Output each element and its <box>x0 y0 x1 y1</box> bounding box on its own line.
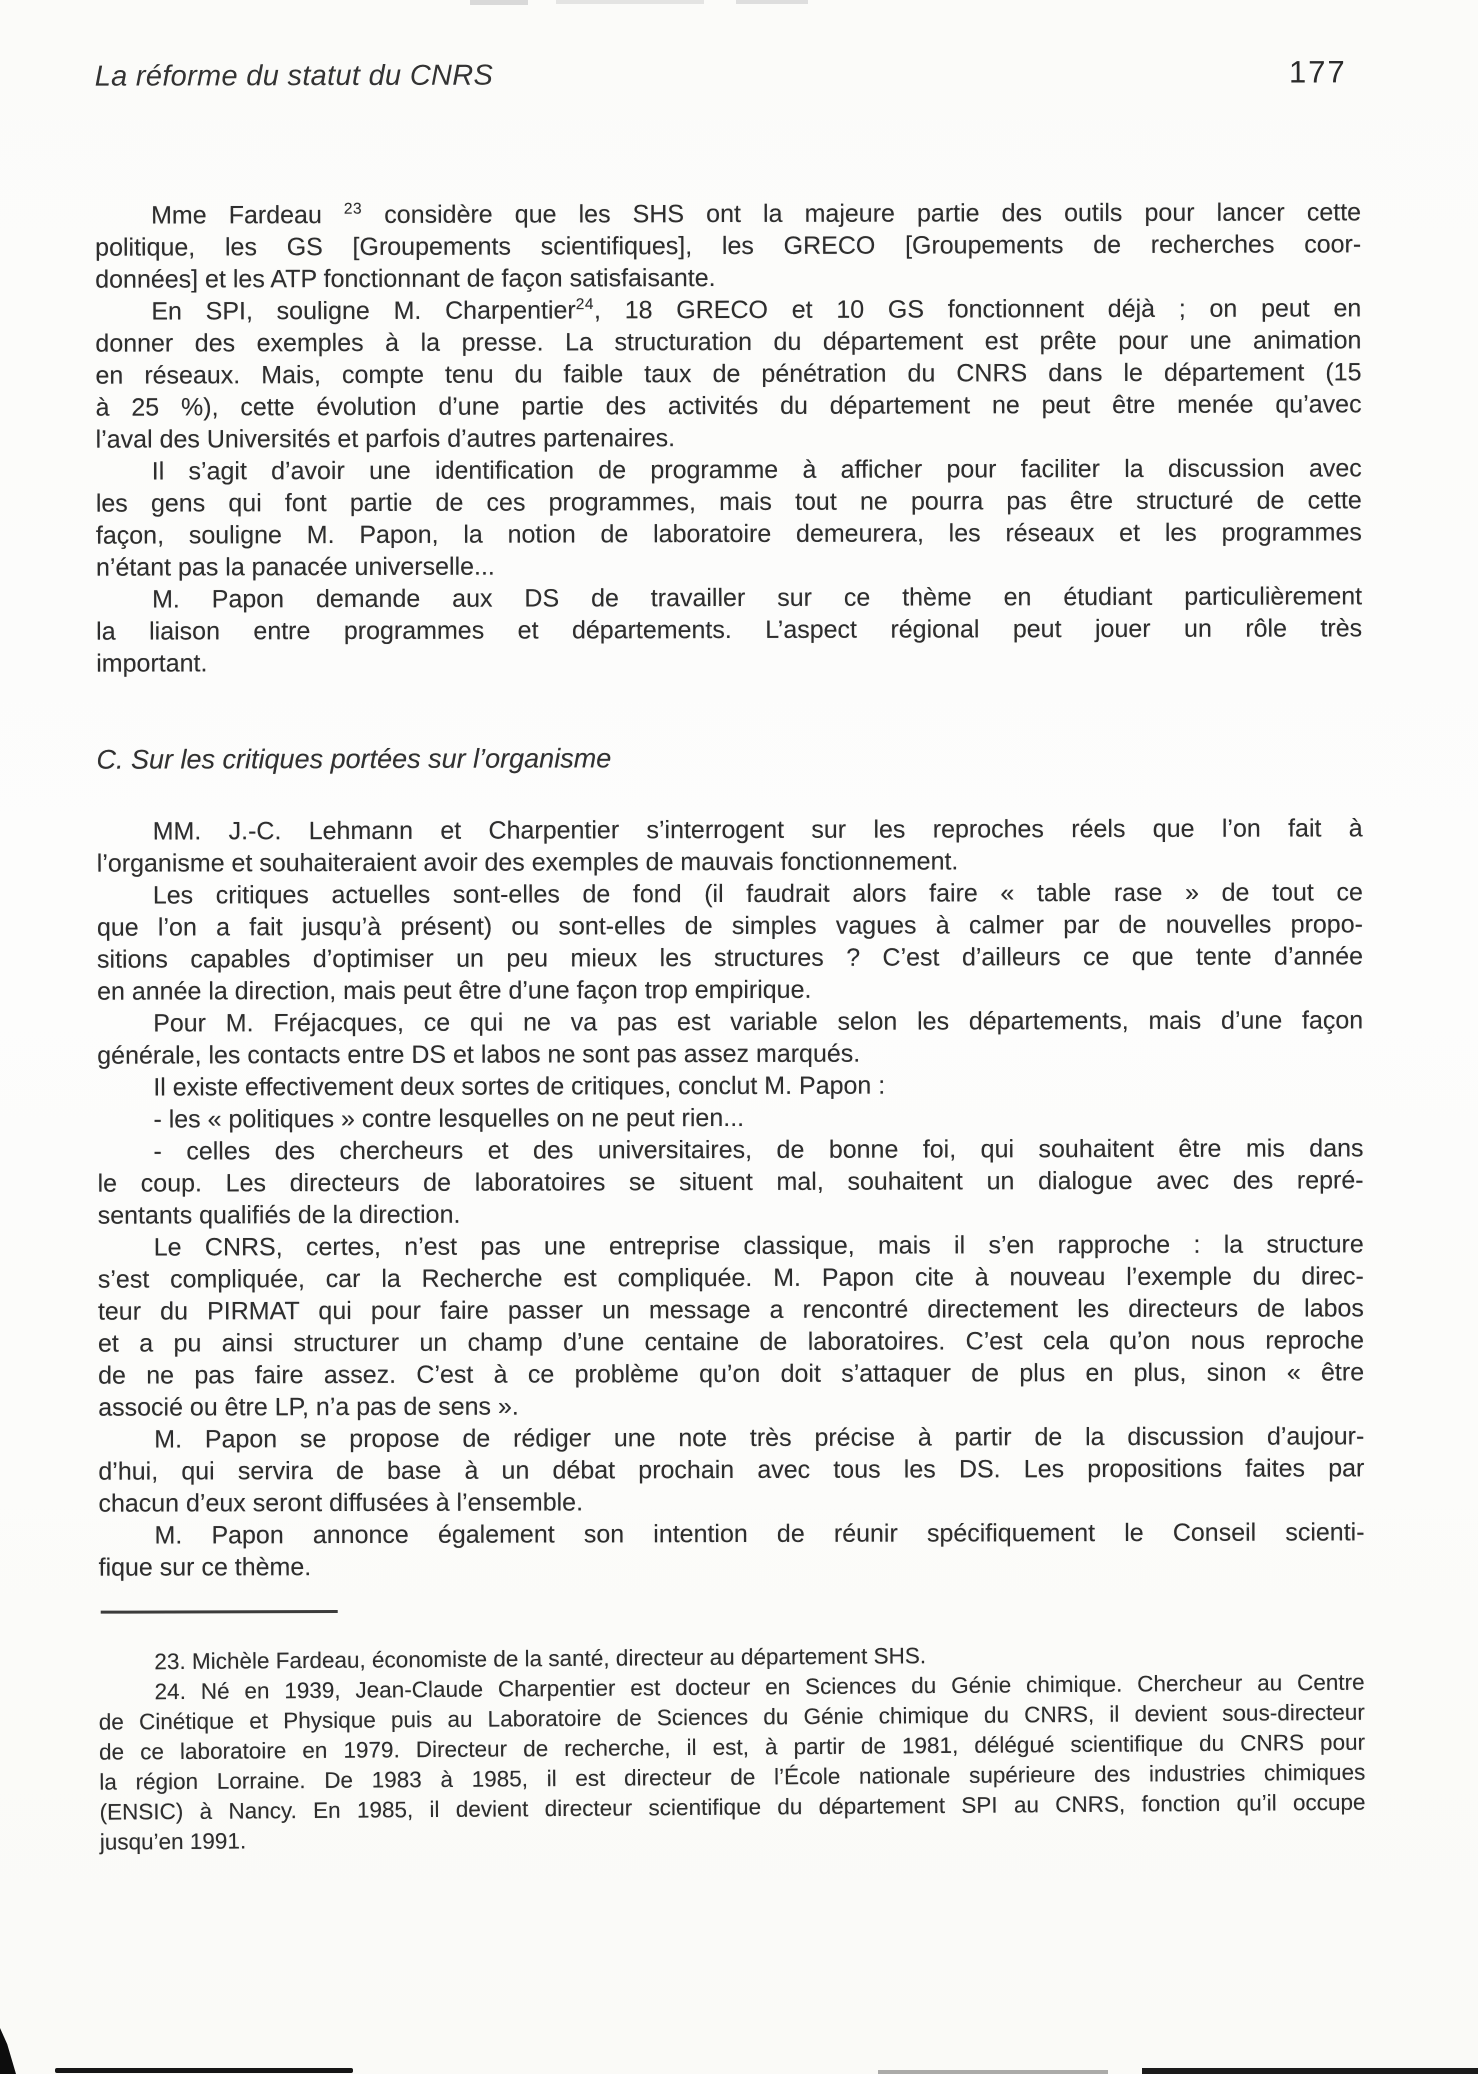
text-line: données] et les ATP fonctionnant de faço… <box>95 260 1361 295</box>
text-line: En SPI, souligne M. Charpentier24, 18 GR… <box>95 292 1361 327</box>
text-line: Pour M. Fréjacques, ce qui ne va pas est… <box>97 1004 1363 1039</box>
scan-artifact-bottom <box>55 2068 353 2073</box>
paragraph: M. Papon se propose de rédiger une note … <box>98 1420 1364 1519</box>
footnotes: 23. Michèle Fardeau, économiste de la sa… <box>98 1638 1366 1858</box>
text-line: Mme Fardeau 23 considère que les SHS ont… <box>95 196 1361 231</box>
section-critiques: C. Sur les critiques portées sur l’organ… <box>96 740 1364 1583</box>
list-item: - les « politiques » contre lesquelles o… <box>97 1100 1363 1135</box>
text-line: s’est compliquée, car la Recherche est c… <box>98 1260 1364 1295</box>
document-body: Mme Fardeau 23 considère que les SHS ont… <box>95 196 1365 1857</box>
footnote-divider <box>101 1610 338 1614</box>
text-line: - celles des chercheurs et des universit… <box>97 1132 1363 1167</box>
text-line: en année la direction, mais peut être d’… <box>97 972 1363 1007</box>
scan-artifact-top <box>470 0 528 5</box>
text-line: l’aval des Universités et parfois d’autr… <box>96 420 1362 455</box>
paragraph: Mme Fardeau 23 considère que les SHS ont… <box>95 196 1361 295</box>
text-line: façon, souligne M. Papon, la notion de l… <box>96 516 1362 551</box>
footnote-ref: 24 <box>576 296 594 313</box>
paragraph: Il s’agit d’avoir une identification de … <box>96 452 1362 583</box>
page-header: La réforme du statut du CNRS 177 <box>95 54 1361 93</box>
section-heading: C. Sur les critiques portées sur l’organ… <box>96 740 1362 775</box>
paragraph: Le CNRS, certes, n’est pas une entrepris… <box>98 1228 1364 1423</box>
text-line: M. Papon demande aux DS de travailler su… <box>96 580 1362 615</box>
footnote-ref: 23 <box>344 201 362 218</box>
text-line: l’organisme et souhaiteraient avoir des … <box>97 844 1363 879</box>
text-line: Il existe effectivement deux sortes de c… <box>97 1068 1363 1103</box>
scan-artifact-top <box>556 0 704 4</box>
text-line: générale, les contacts entre DS et labos… <box>97 1036 1363 1071</box>
scan-artifact-top <box>736 0 808 4</box>
text-line: chacun d’eux seront diffusées à l’ensemb… <box>98 1484 1364 1519</box>
text-line: teur du PIRMAT qui pour faire passer un … <box>98 1292 1364 1327</box>
paragraph: MM. J.-C. Lehmann et Charpentier s’inter… <box>97 812 1363 879</box>
text-line: M. Papon se propose de rédiger une note … <box>98 1420 1364 1455</box>
paragraph: Pour M. Fréjacques, ce qui ne va pas est… <box>97 1004 1363 1071</box>
text-line: les gens qui font partie de ces programm… <box>96 484 1362 519</box>
text-line: que l’on a fait jusqu’à présent) ou sont… <box>97 908 1363 943</box>
scan-artifact-bottom <box>878 2070 1108 2074</box>
paragraph: Il existe effectivement deux sortes de c… <box>97 1068 1363 1103</box>
text-line: en réseaux. Mais, compte tenu du faible … <box>95 356 1361 391</box>
text-line: MM. J.-C. Lehmann et Charpentier s’inter… <box>97 812 1363 847</box>
paragraph: En SPI, souligne M. Charpentier24, 18 GR… <box>95 292 1361 455</box>
running-title: La réforme du statut du CNRS <box>95 60 494 94</box>
text-line: sentants qualifiés de la direction. <box>98 1196 1364 1231</box>
text-line: politique, les GS [Groupements scientifi… <box>95 228 1361 263</box>
text-line: associé ou être LP, n’a pas de sens ». <box>98 1388 1364 1423</box>
page-content: La réforme du statut du CNRS 177 Mme Far… <box>95 54 1366 1857</box>
paragraph: M. Papon demande aux DS de travailler su… <box>96 580 1362 679</box>
text-line: donner des exemples à la presse. La stru… <box>95 324 1361 359</box>
text-line: Il s’agit d’avoir une identification de … <box>96 452 1362 487</box>
text-line: et a pu ainsi structurer un champ d’une … <box>98 1324 1364 1359</box>
text-line: le coup. Les directeurs de laboratoires … <box>98 1164 1364 1199</box>
paragraph: M. Papon annonce également son intention… <box>98 1516 1364 1583</box>
text-line: Les critiques actuelles sont-elles de fo… <box>97 876 1363 911</box>
text-line: sitions capables d’optimiser un peu mieu… <box>97 940 1363 975</box>
text-line: important. <box>96 644 1362 679</box>
text-line: de ne pas faire assez. C’est à ce problè… <box>98 1356 1364 1391</box>
text-line: la liaison entre programmes et départeme… <box>96 612 1362 647</box>
paragraph: Les critiques actuelles sont-elles de fo… <box>97 876 1363 1007</box>
scan-artifact-corner <box>0 2028 16 2074</box>
page: La réforme du statut du CNRS 177 Mme Far… <box>0 0 1478 2074</box>
page-number: 177 <box>1289 54 1361 90</box>
text-line: d’hui, qui servira de base à un débat pr… <box>98 1452 1364 1487</box>
footnote-24: 24. Né en 1939, Jean-Claude Charpentier … <box>98 1668 1365 1858</box>
list-item: - celles des chercheurs et des universit… <box>97 1132 1363 1231</box>
scan-artifact-bottom <box>1142 2068 1478 2074</box>
text-line: fique sur ce thème. <box>99 1548 1365 1583</box>
text-line: - les « politiques » contre lesquelles o… <box>97 1100 1363 1135</box>
section-intro: Mme Fardeau 23 considère que les SHS ont… <box>95 196 1362 679</box>
text-line: M. Papon annonce également son intention… <box>98 1516 1364 1551</box>
text-line: n’étant pas la panacée universelle... <box>96 548 1362 583</box>
text-line: Le CNRS, certes, n’est pas une entrepris… <box>98 1228 1364 1263</box>
text-line: à 25 %), cette évolution d’une partie de… <box>96 388 1362 423</box>
